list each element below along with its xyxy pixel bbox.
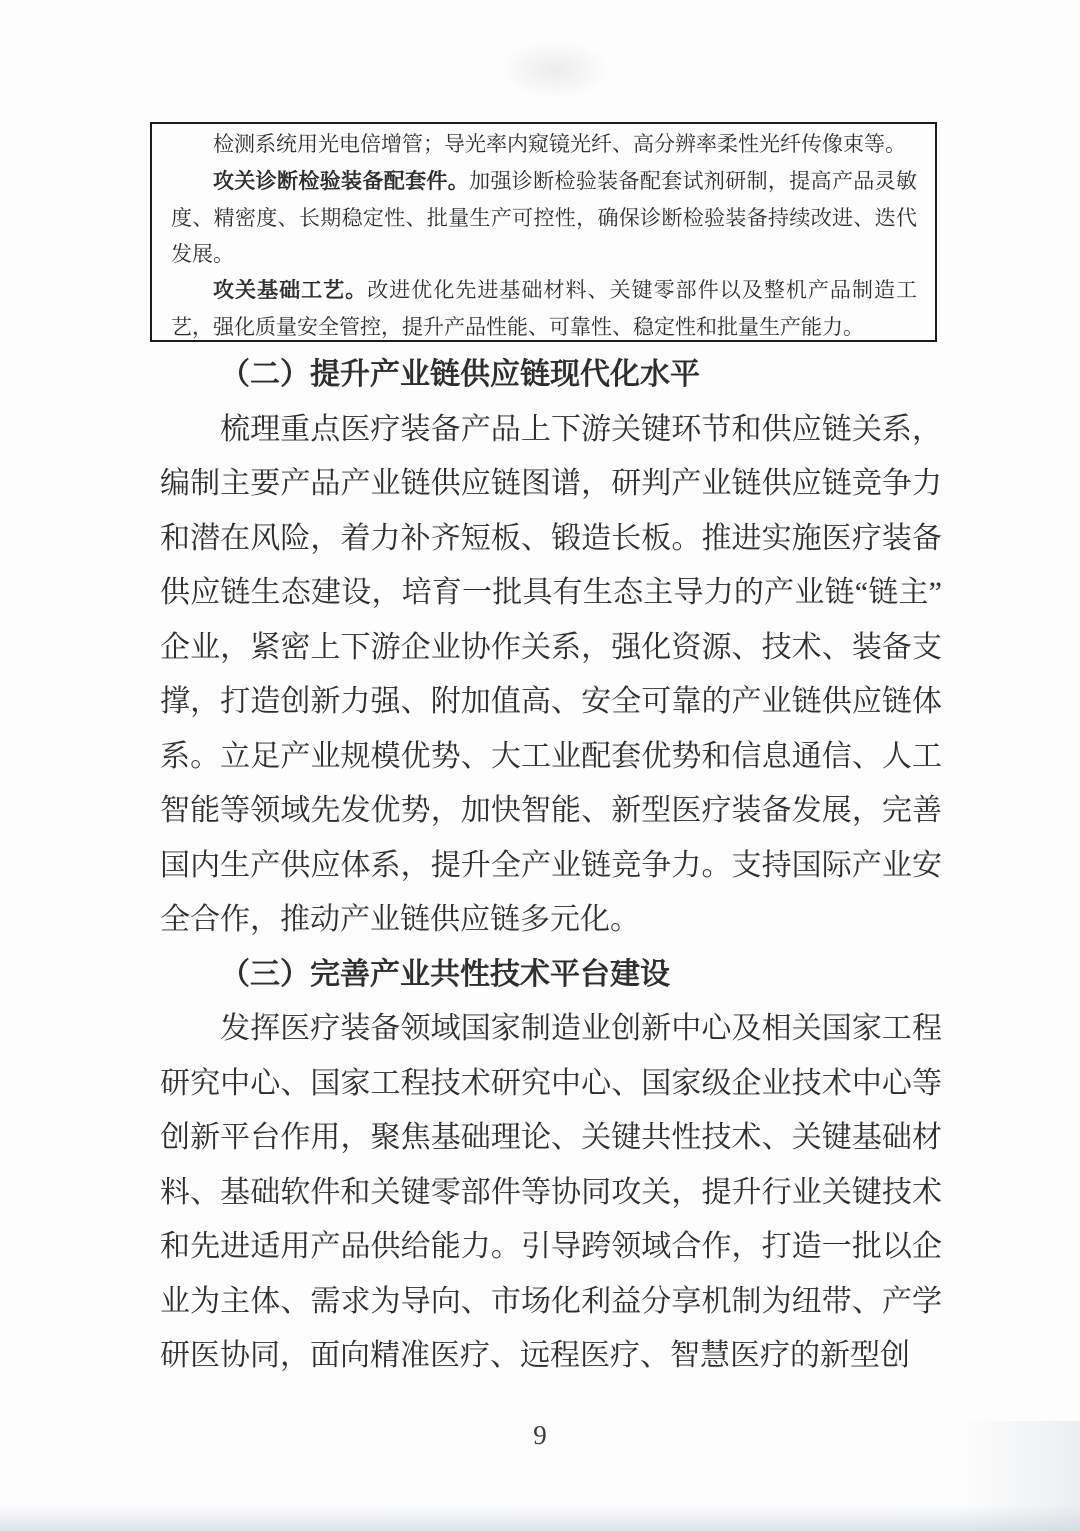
content-block: 梳理重点医疗装备产品上下游关键环节和供应链关系，编制主要产品产业链供应链图谱，研… [160, 403, 942, 948]
box-paragraph: 攻关诊断检验装备配套件。加强诊断检验装备配套试剂研制，提高产品灵敏度、精密度、长… [171, 163, 917, 272]
document-page: 检测系统用光电倍增管；导光率内窥镜光纤、高分辨率柔性光纤传像束等。 攻关诊断检验… [0, 0, 1080, 1531]
bold-lead-in: 攻关诊断检验装备配套件。 [213, 170, 469, 193]
box-paragraph: 检测系统用光电倍增管；导光率内窥镜光纤、高分辨率柔性光纤传像束等。 [171, 126, 917, 163]
scan-smudge-artifact [500, 40, 610, 100]
content-block: 发挥医疗装备领域国家制造业创新中心及相关国家工程研究中心、国家工程技术研究中心、… [160, 1002, 942, 1384]
content-block: （三）完善产业共性技术平台建设 [160, 948, 942, 1003]
content-block-text: （二）提升产业链供应链现代化水平 [220, 358, 700, 391]
content-block-text: （三）完善产业共性技术平台建设 [220, 958, 670, 991]
document-body: （二）提升产业链供应链现代化水平 梳理重点医疗装备产品上下游关键环节和供应链关系… [160, 348, 942, 1384]
page-number: 9 [0, 1420, 1080, 1451]
content-block: （二）提升产业链供应链现代化水平 [160, 348, 942, 403]
content-block-text: 梳理重点医疗装备产品上下游关键环节和供应链关系，编制主要产品产业链供应链图谱，研… [160, 413, 942, 937]
box-paragraph: 攻关基础工艺。改进优化先进基础材料、关键零部件以及整机产品制造工艺，强化质量安全… [171, 272, 917, 345]
content-block-text: 发挥医疗装备领域国家制造业创新中心及相关国家工程研究中心、国家工程技术研究中心、… [160, 1012, 942, 1372]
scan-edge-artifact [0, 1505, 1080, 1531]
callout-box: 检测系统用光电倍增管；导光率内窥镜光纤、高分辨率柔性光纤传像束等。 攻关诊断检验… [150, 122, 937, 342]
bold-lead-in: 攻关基础工艺。 [213, 279, 367, 302]
box-paragraph-text: 检测系统用光电倍增管；导光率内窥镜光纤、高分辨率柔性光纤传像束等。 [213, 132, 906, 156]
